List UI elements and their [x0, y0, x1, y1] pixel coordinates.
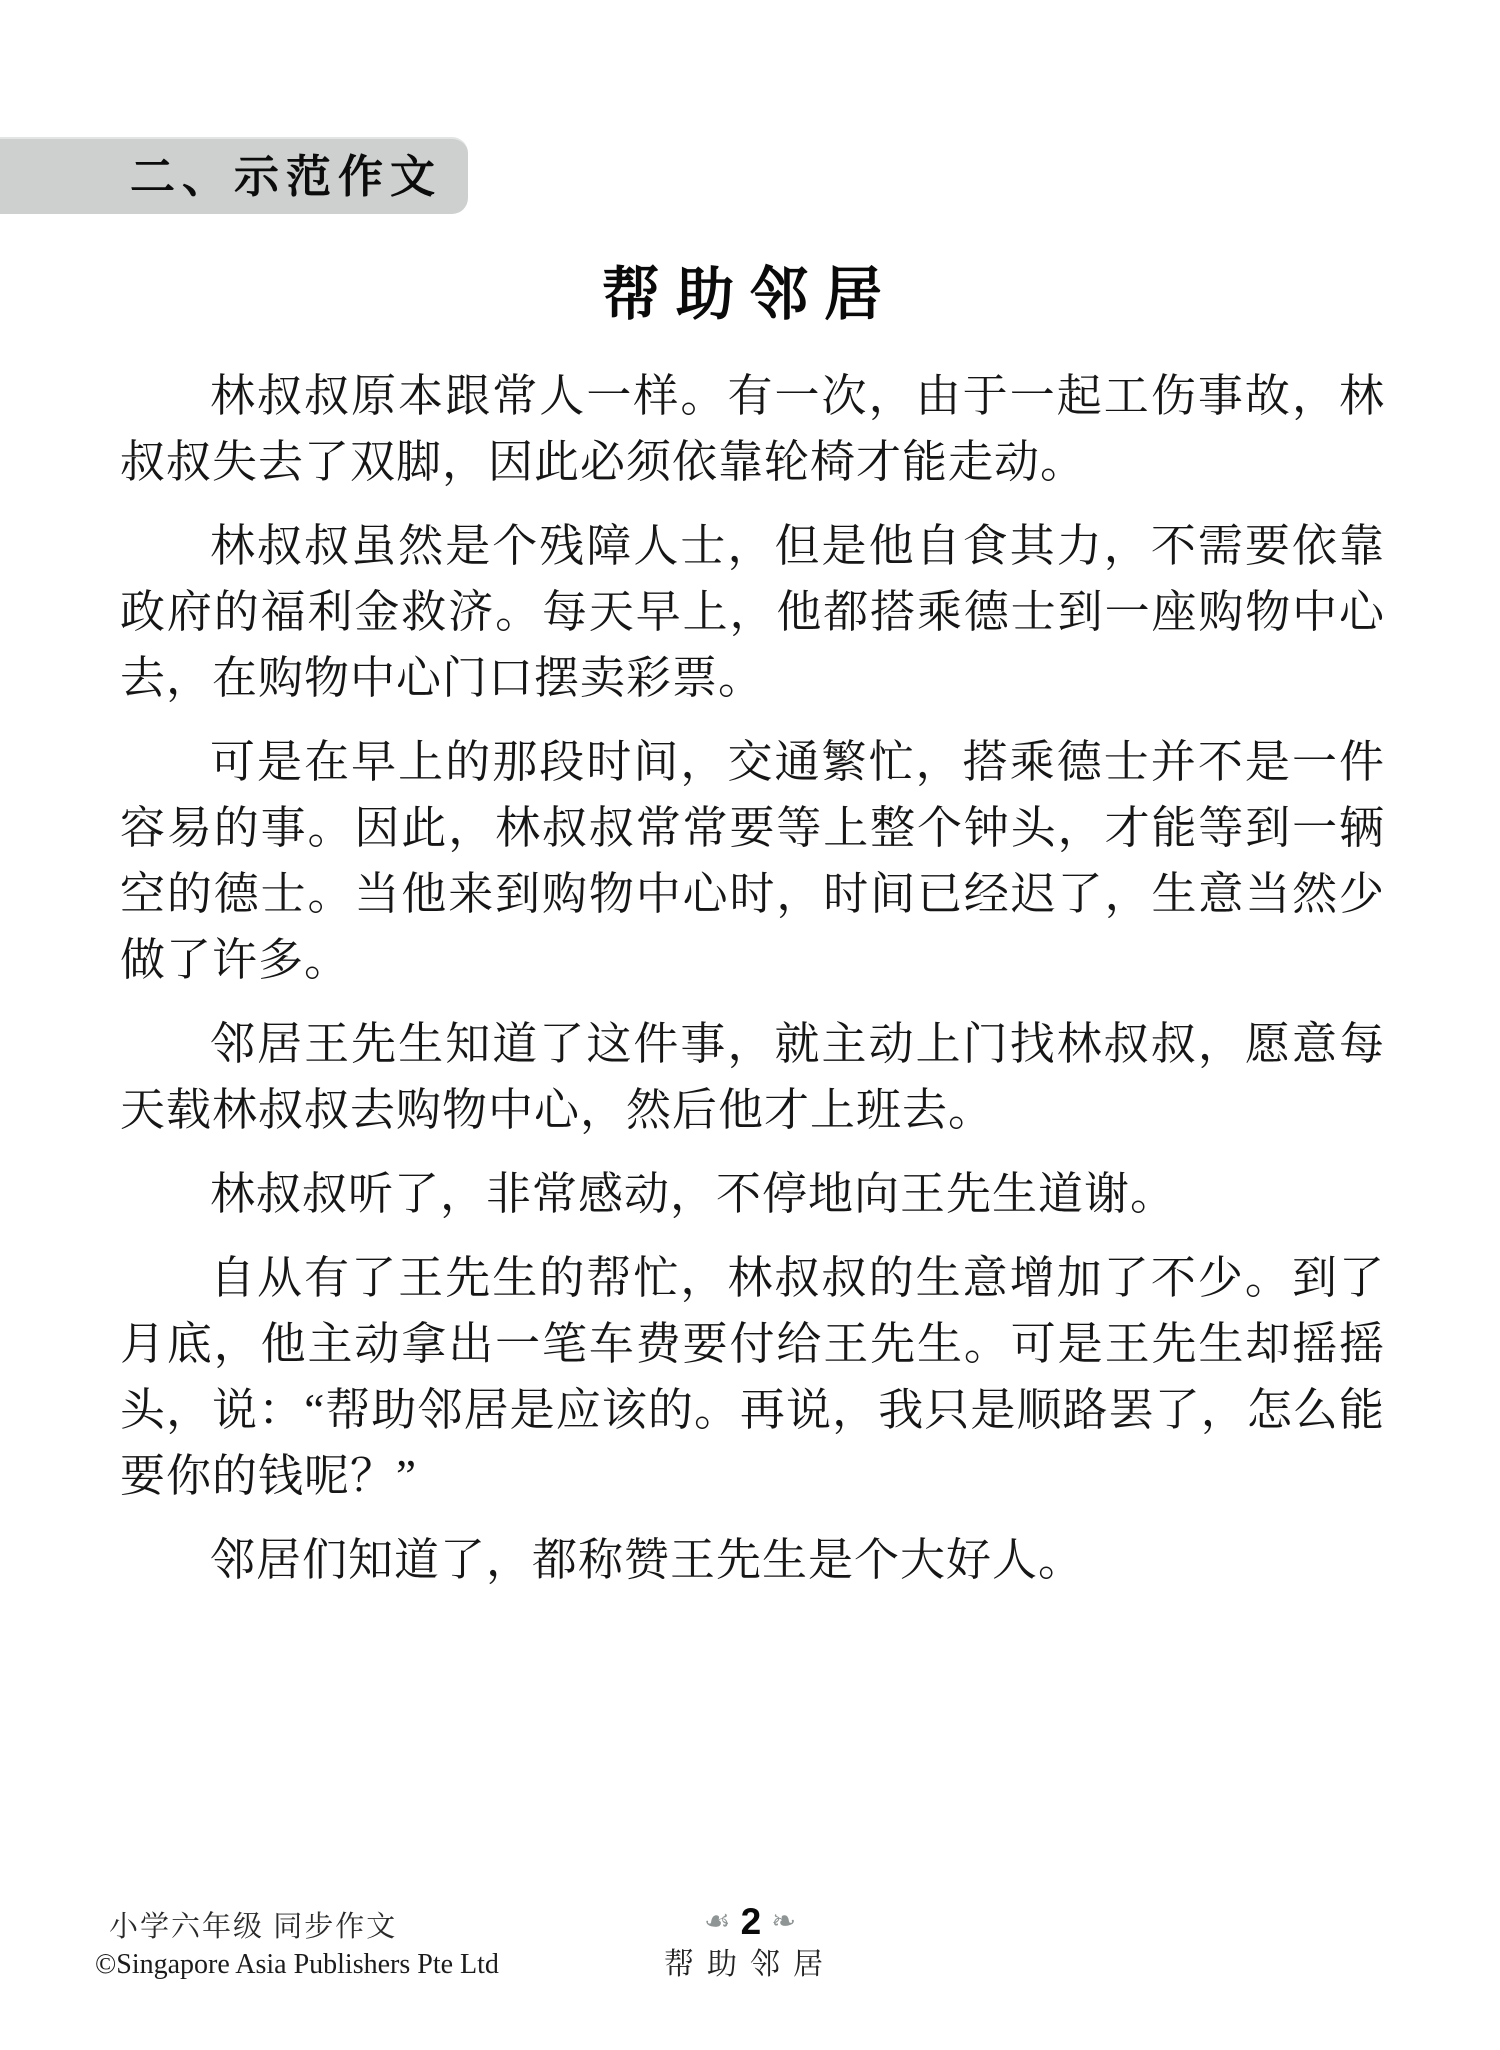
- essay-paragraph-4: 邻居王先生知道了这件事，就主动上门找林叔叔，愿意每天载林叔叔去购物中心，然后他才…: [120, 1011, 1385, 1143]
- essay-paragraph-3: 可是在早上的那段时间，交通繁忙，搭乘德士并不是一件容易的事。因此，林叔叔常常要等…: [120, 729, 1385, 993]
- essay-body: 林叔叔原本跟常人一样。有一次，由于一起工伤事故，林叔叔失去了双脚，因此必须依靠轮…: [120, 363, 1385, 1593]
- book-page: 二、示范作文 帮助邻居 林叔叔原本跟常人一样。有一次，由于一起工伤事故，林叔叔失…: [0, 0, 1500, 2050]
- essay-paragraph-5: 林叔叔听了，非常感动，不停地向王先生道谢。: [120, 1161, 1385, 1227]
- essay-paragraph-7: 邻居们知道了，都称赞王先生是个大好人。: [120, 1527, 1385, 1593]
- page-number: 2: [741, 1903, 762, 1940]
- essay-paragraph-1: 林叔叔原本跟常人一样。有一次，由于一起工伤事故，林叔叔失去了双脚，因此必须依靠轮…: [120, 363, 1385, 495]
- footer-chapter-label: 帮助邻居: [0, 1950, 1500, 1980]
- essay-paragraph-6: 自从有了王先生的帮忙，林叔叔的生意增加了不少。到了月底，他主动拿出一笔车费要付给…: [120, 1245, 1385, 1509]
- essay-paragraph-2: 林叔叔虽然是个残障人士，但是他自食其力，不需要依靠政府的福利金救济。每天早上，他…: [120, 513, 1385, 711]
- page-number-row: ☙ 2 ❧: [704, 1903, 797, 1940]
- floral-ornament-right-icon: ❧: [771, 1907, 796, 1937]
- section-badge: 二、示范作文: [0, 137, 468, 214]
- footer-pagination: ☙ 2 ❧ 帮助邻居: [0, 1903, 1500, 1980]
- floral-ornament-left-icon: ☙: [704, 1907, 731, 1937]
- section-badge-label: 二、示范作文: [130, 151, 442, 202]
- essay-title: 帮助邻居: [0, 258, 1500, 331]
